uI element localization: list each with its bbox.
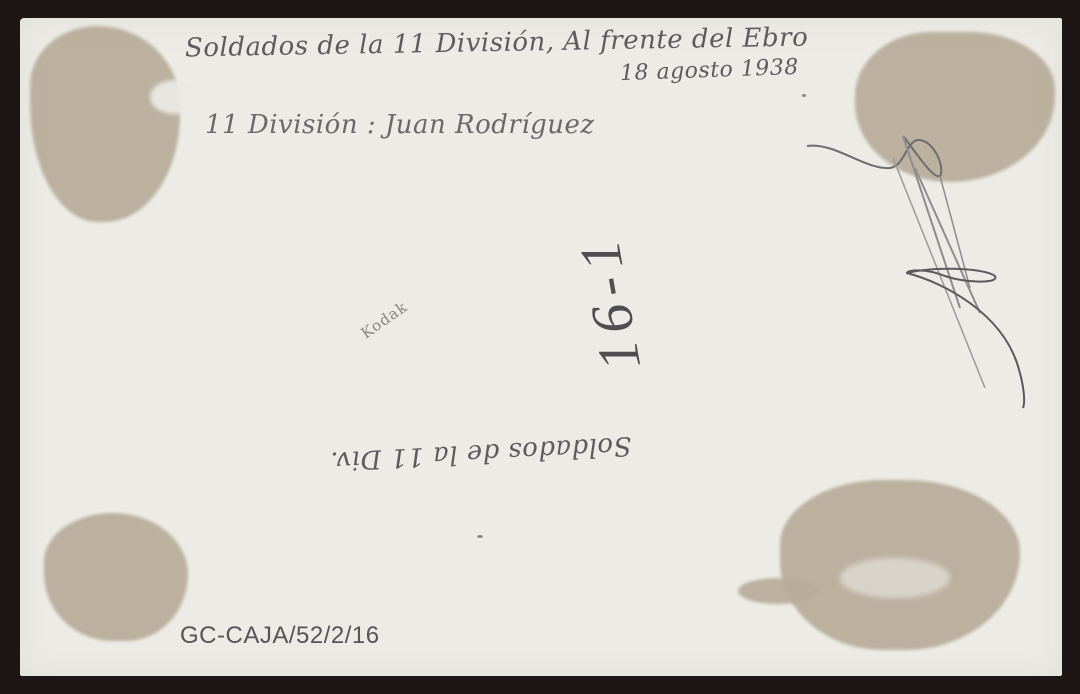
stain-notch: [150, 80, 200, 114]
stain-light-area: [840, 558, 950, 598]
photo-back-card: Soldados de la 11 División, Al frente de…: [20, 18, 1062, 676]
kodak-paper-stamp: Kodak: [358, 298, 411, 343]
handwritten-date: 18 agosto 1938: [620, 55, 800, 86]
archive-reference-code: GC-CAJA/52/2/16: [180, 622, 380, 650]
adhesive-stain-top-left: [30, 26, 180, 222]
paper-speck: [477, 535, 483, 538]
upside-down-note: Soldados de la 11 Div.: [329, 430, 632, 476]
paper-speck: [802, 94, 806, 97]
handwritten-division-note: 11 División : Juan Rodríguez: [205, 110, 595, 140]
pencil-signature-icon: [795, 98, 1055, 418]
adhesive-stain-bottom-right-tail: [738, 578, 818, 604]
rotated-pencil-number: 16-1: [564, 228, 654, 376]
adhesive-stain-bottom-left: [44, 513, 188, 641]
